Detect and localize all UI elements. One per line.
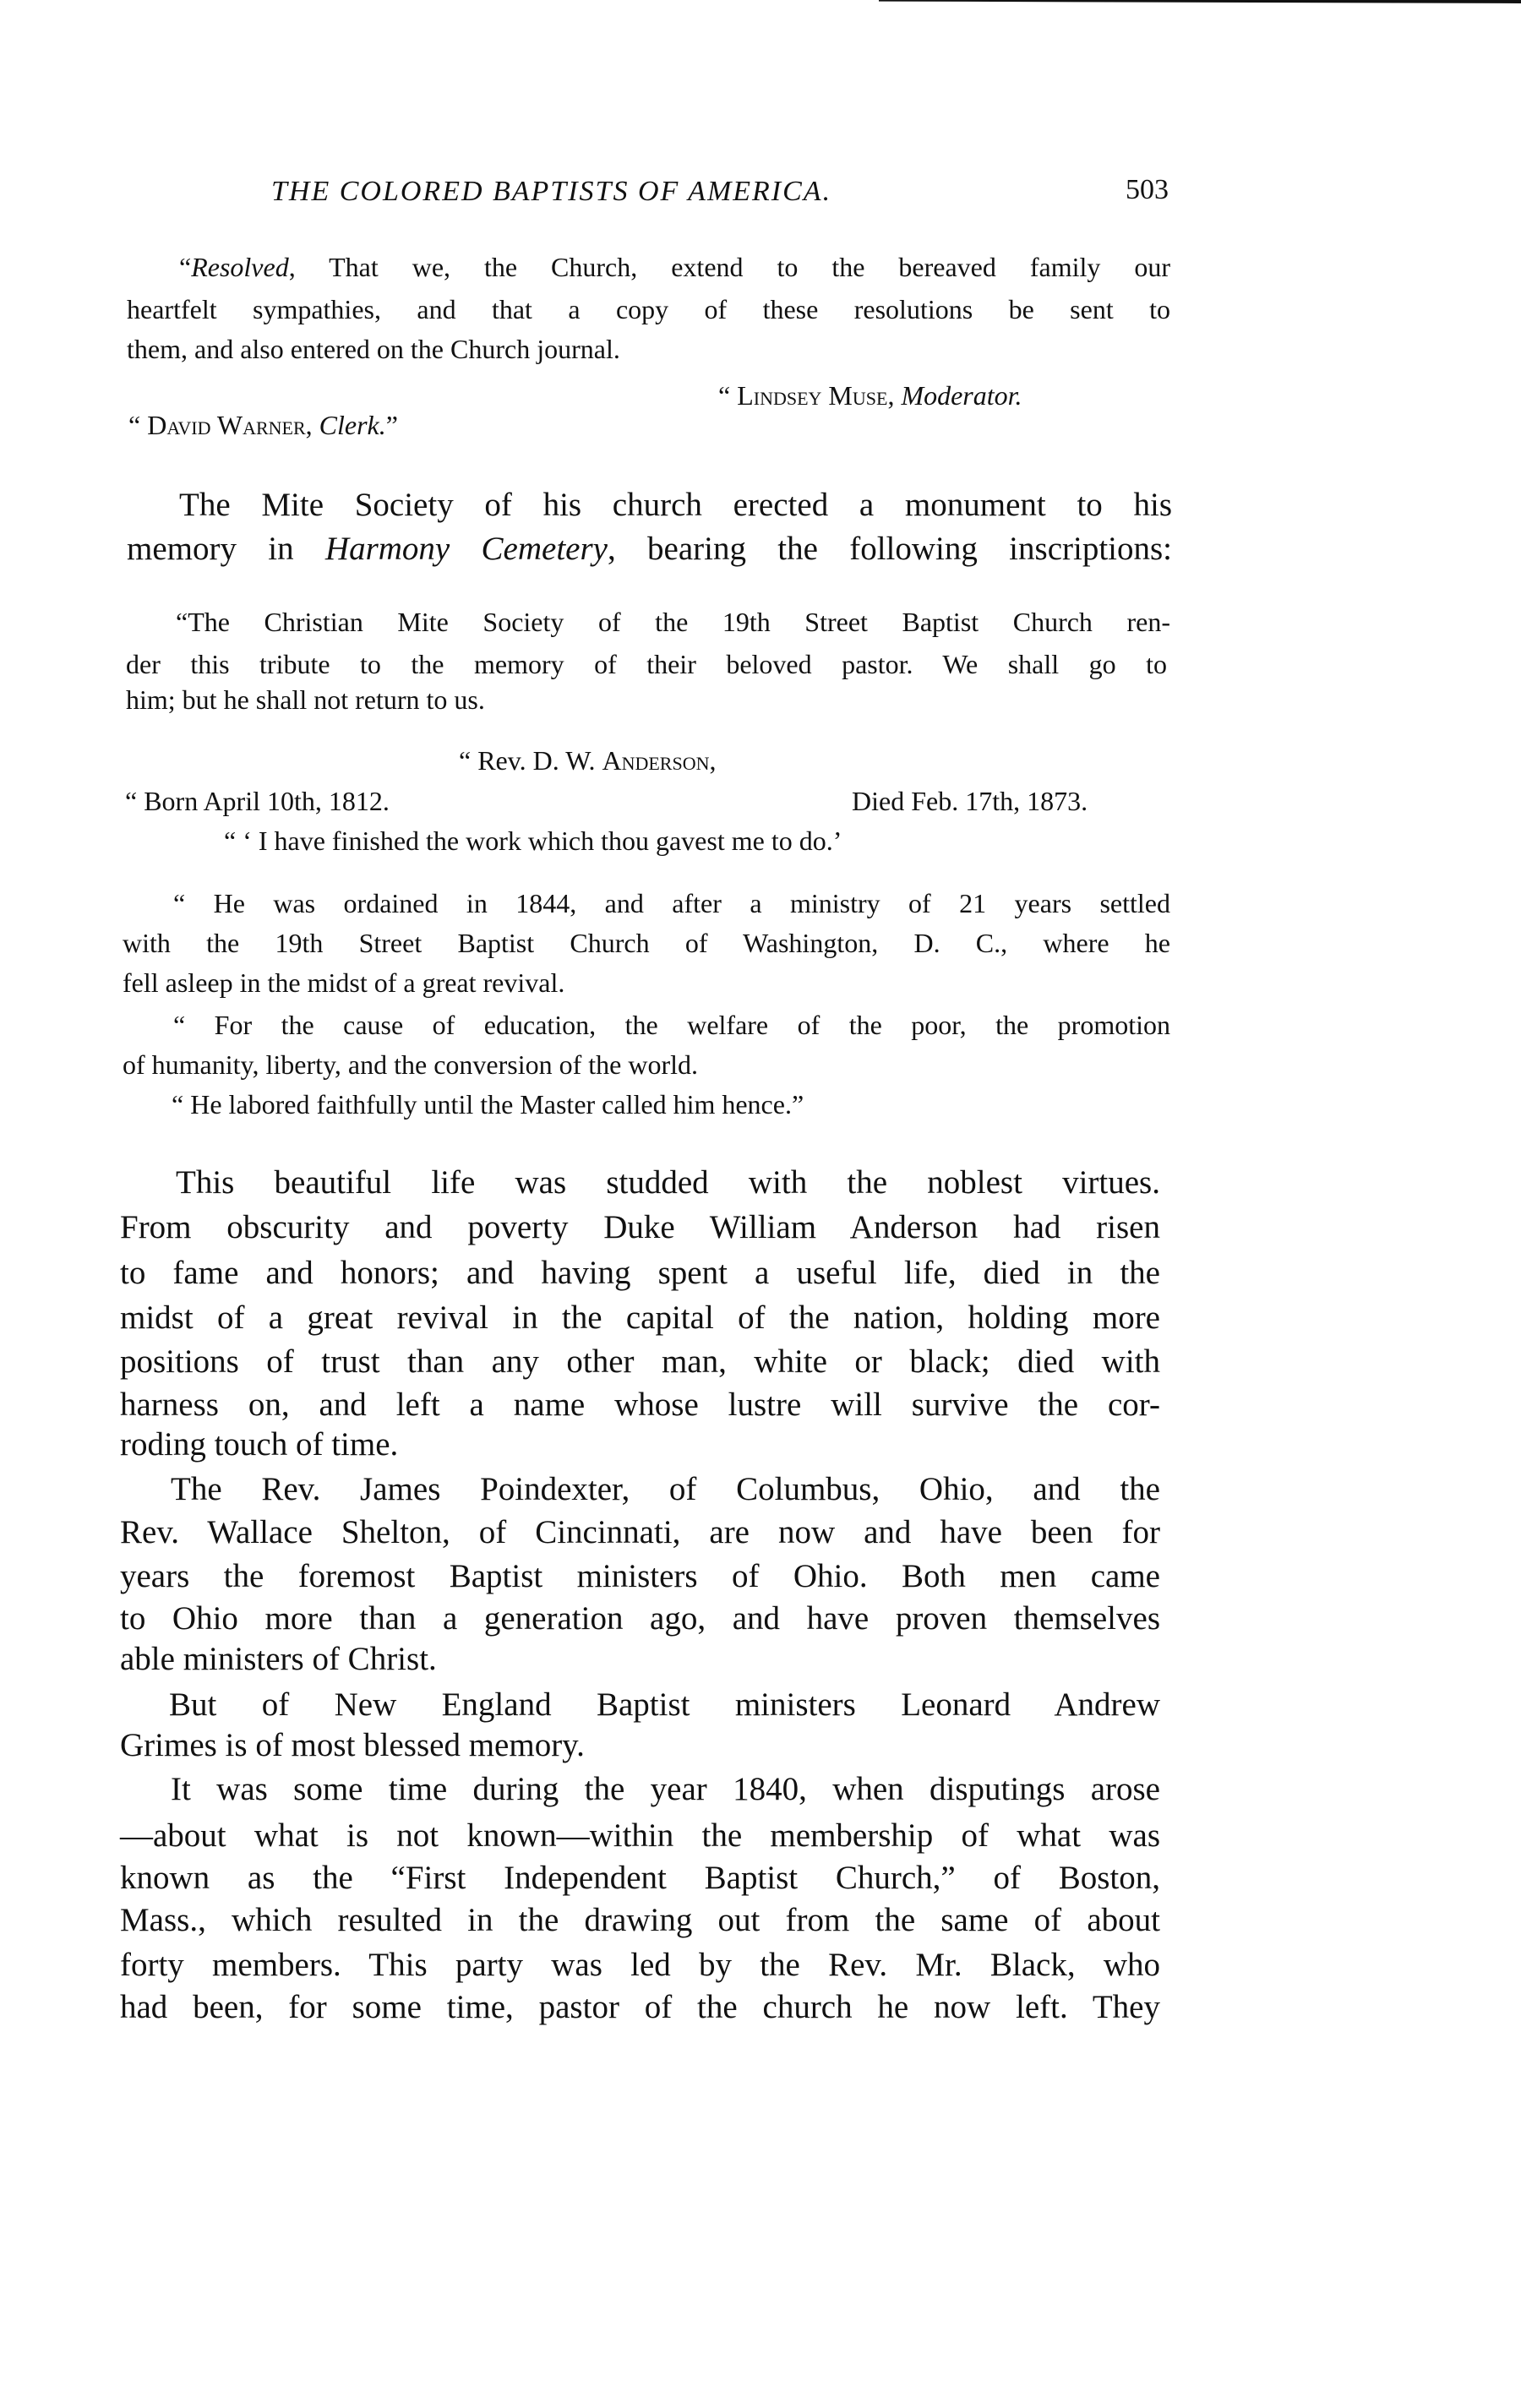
body-line: Grimes is of most blessed memory. bbox=[120, 1729, 585, 1762]
separator: , bbox=[887, 380, 901, 411]
text: memory in bbox=[127, 531, 325, 567]
moderator-name: Lindsey Muse bbox=[737, 380, 887, 411]
inscription-line: “The Christian Mite Society of the 19th … bbox=[126, 608, 1170, 635]
tribute-line: of humanity, liberty, and the conversion… bbox=[123, 1051, 698, 1078]
running-title: THE COLORED BAPTISTS OF AMERICA. bbox=[271, 177, 831, 206]
body-line: It was some time during the year 1840, w… bbox=[120, 1773, 1160, 1806]
resolution-text: , That we, the Church, extend to the ber… bbox=[289, 252, 1170, 282]
clerk-signature: “ David Warner, Clerk.” bbox=[128, 411, 398, 439]
resolution-line: them, and also entered on the Church jou… bbox=[127, 335, 620, 362]
body-line: —about what is not known—within the memb… bbox=[120, 1819, 1160, 1852]
body-line: Rev. Wallace Shelton, of Cincinnati, are… bbox=[120, 1516, 1160, 1549]
body-line: But of New England Baptist ministers Leo… bbox=[120, 1688, 1160, 1721]
pastor-name: Anderson bbox=[602, 745, 709, 776]
body-line: to fame and honors; and having spent a u… bbox=[120, 1256, 1160, 1289]
body-line: harness on, and left a name whose lustre… bbox=[120, 1388, 1160, 1421]
resolved-word: Resolved bbox=[191, 252, 289, 282]
page-number: 503 bbox=[1126, 176, 1169, 204]
body-line: forty members. This party was led by the… bbox=[120, 1948, 1160, 1981]
body-line: The Rev. James Poindexter, of Columbus, … bbox=[120, 1473, 1160, 1506]
quote-mark: “ bbox=[718, 380, 737, 411]
died-date: Died Feb. 17th, 1873. bbox=[852, 787, 1088, 814]
body-line: midst of a great revival in the capital … bbox=[120, 1301, 1160, 1334]
resolution-line: “Resolved, That we, the Church, extend t… bbox=[130, 253, 1170, 281]
inscription-line: him; but he shall not return to us. bbox=[126, 686, 485, 713]
body-line: From obscurity and poverty Duke William … bbox=[120, 1211, 1160, 1244]
body-line: known as the “First Independent Baptist … bbox=[120, 1861, 1160, 1894]
scan-edge-rule bbox=[879, 0, 1521, 3]
body-line: Mass., which resulted in the drawing out… bbox=[120, 1904, 1160, 1937]
tribute-line: “ He was ordained in 1844, and after a m… bbox=[123, 890, 1170, 917]
separator: , bbox=[306, 410, 319, 440]
monument-paragraph-line: The Mite Society of his church erected a… bbox=[120, 488, 1172, 521]
moderator-title: Moderator. bbox=[901, 380, 1022, 411]
resolution-line: heartfelt sympathies, and that a copy of… bbox=[127, 296, 1170, 323]
moderator-signature: “ Lindsey Muse, Moderator. bbox=[718, 382, 1022, 409]
quote-mark: “ bbox=[179, 252, 191, 282]
scripture-verse: “ ‘ I have finished the work which thou … bbox=[224, 827, 842, 854]
text: , bbox=[709, 745, 716, 776]
body-line: roding touch of time. bbox=[120, 1428, 398, 1461]
inscription-name: “ Rev. D. W. Anderson, bbox=[459, 747, 716, 774]
clerk-title: Clerk. bbox=[319, 410, 386, 440]
tribute-line: “ He labored faithfully until the Master… bbox=[172, 1091, 804, 1118]
body-line: positions of trust than any other man, w… bbox=[120, 1345, 1160, 1378]
text: “ Rev. D. W. bbox=[459, 745, 602, 776]
monument-paragraph-line: memory in Harmony Cemetery, bearing the … bbox=[127, 532, 1172, 565]
born-date: “ Born April 10th, 1812. bbox=[125, 787, 390, 814]
body-line: able ministers of Christ. bbox=[120, 1643, 437, 1675]
clerk-name: David Warner bbox=[147, 410, 305, 440]
quote-mark: ” bbox=[386, 410, 398, 440]
tribute-line: with the 19th Street Baptist Church of W… bbox=[123, 929, 1170, 956]
tribute-line: “ For the cause of education, the welfar… bbox=[123, 1011, 1170, 1038]
text: , bearing the following inscriptions: bbox=[608, 531, 1172, 567]
inscription-line: der this tribute to the memory of their … bbox=[126, 651, 1167, 678]
body-line: This beautiful life was studded with the… bbox=[120, 1166, 1160, 1199]
body-line: had been, for some time, pastor of the c… bbox=[120, 1991, 1160, 2024]
quote-mark: “ bbox=[128, 410, 147, 440]
tribute-line: fell asleep in the midst of a great revi… bbox=[123, 969, 564, 996]
body-line: years the foremost Baptist ministers of … bbox=[120, 1560, 1160, 1593]
body-line: to Ohio more than a generation ago, and … bbox=[120, 1602, 1160, 1635]
cemetery-name: Harmony Cemetery bbox=[325, 531, 608, 567]
